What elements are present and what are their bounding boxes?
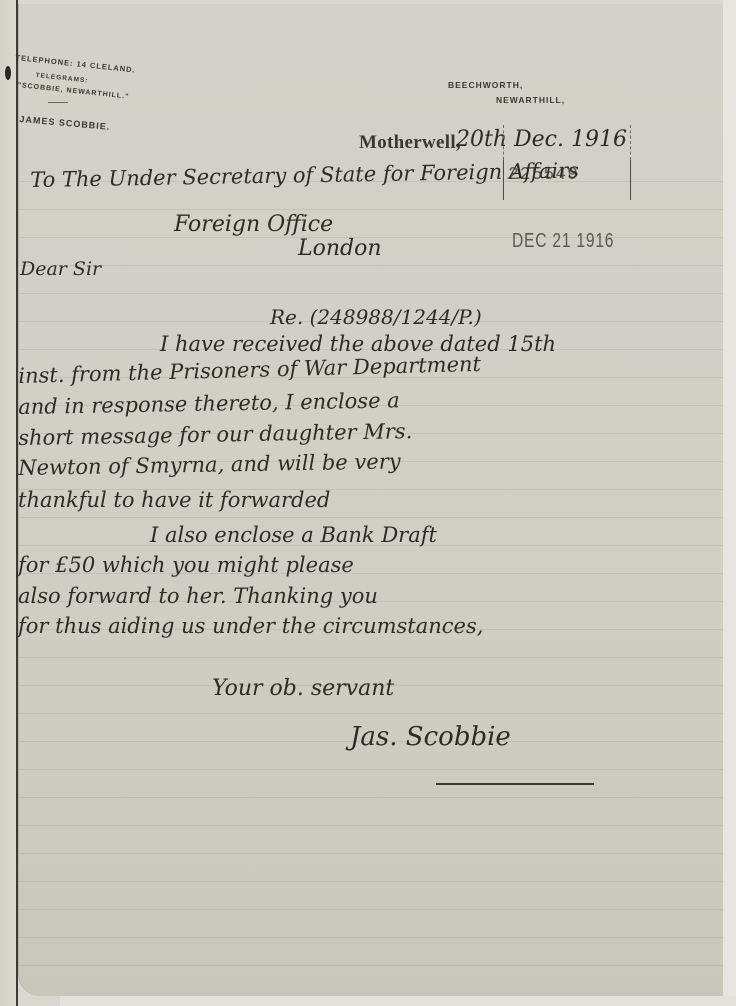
addressee-line3: London <box>298 236 382 261</box>
received-date-stamp: DEC 21 1916 <box>512 230 614 253</box>
salutation: Dear Sir <box>20 258 101 280</box>
body-line: for thus aiding us under the circumstanc… <box>18 614 483 638</box>
closing: Your ob. servant <box>212 676 394 701</box>
body-line: I have received the above dated 15th <box>160 332 556 356</box>
body-line: I also enclose a Bank Draft <box>150 523 437 547</box>
scan-margin-bottom <box>60 996 736 1006</box>
letterhead-address-line1: BEECHWORTH, <box>448 80 523 90</box>
reference-line: Re. (248988/1244/P.) <box>270 305 482 329</box>
letterhead-address-line2: NEWARTHILL, <box>496 95 565 105</box>
scan-margin-right <box>723 0 736 1006</box>
addressee-line2: Foreign Office <box>174 212 333 237</box>
signature: Jas. Scobbie <box>350 722 511 752</box>
letterhead-town: Motherwell, <box>359 132 461 154</box>
binding-hole <box>5 66 11 80</box>
signature-underline <box>436 783 594 785</box>
body-line: thankful to have it forwarded <box>18 488 330 512</box>
letter-date: 20th Dec. 1916 <box>456 127 627 152</box>
letterhead-divider <box>48 102 68 103</box>
body-line: for £50 which you might please <box>18 553 354 577</box>
body-line: also forward to her. Thanking you <box>18 584 378 608</box>
